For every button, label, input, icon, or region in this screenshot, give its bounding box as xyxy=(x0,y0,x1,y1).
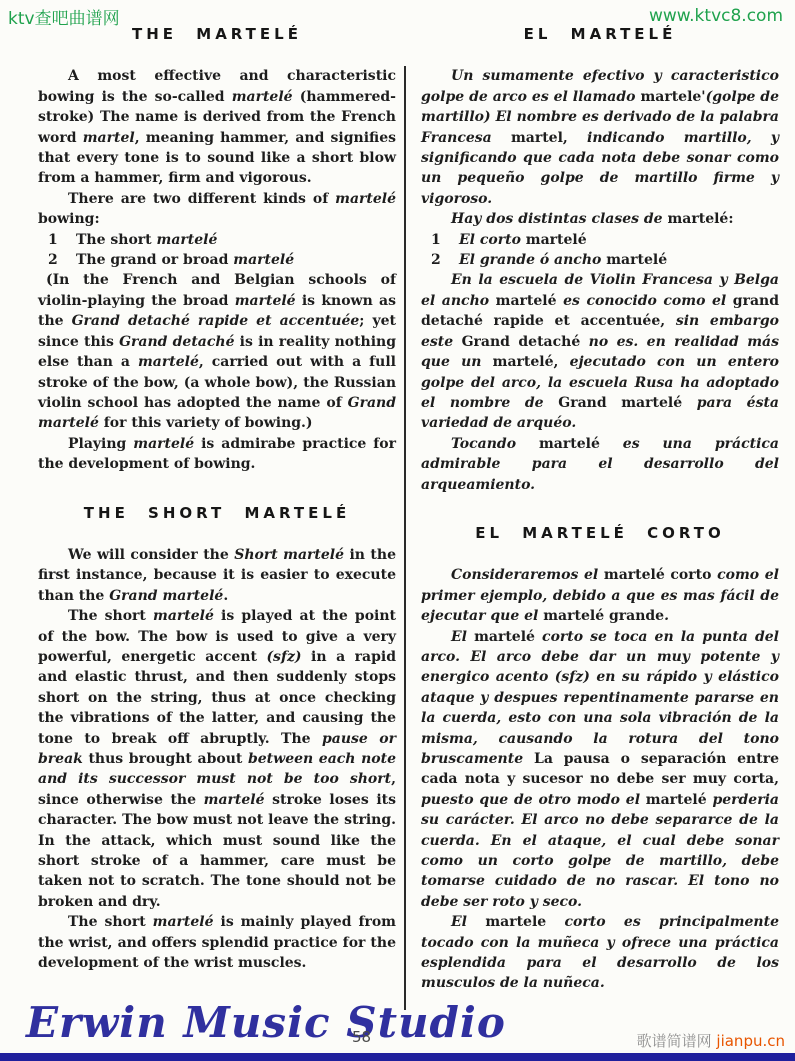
paragraph: A most effective and characteristic bowi… xyxy=(38,66,396,188)
roman-text: The short xyxy=(68,914,153,930)
italic-text: Tocando xyxy=(451,436,539,452)
paragraph: El martelé corto se toca en la punta del… xyxy=(421,627,779,913)
roman-text: martelé, xyxy=(493,354,559,370)
italic-text: martel xyxy=(83,130,135,146)
roman-text: The grand or broad xyxy=(76,252,233,268)
roman-text: Grand detaché xyxy=(462,334,581,350)
scanned-page: ktv查吧曲谱网 www.ktvc8.com THE MARTELÉA most… xyxy=(0,0,795,1061)
italic-text: martelé xyxy=(153,608,214,624)
paragraph: Consideraremos el martelé corto como el … xyxy=(421,565,779,626)
roman-text: We will consider the xyxy=(68,547,234,563)
italic-text: martelé xyxy=(232,89,293,105)
list-number: 2 xyxy=(48,250,76,270)
roman-text: martelé: xyxy=(667,211,733,227)
italic-text: martelé xyxy=(204,792,265,808)
spanish-column: EL MARTELÉUn sumamente efectivo y caract… xyxy=(421,24,779,994)
roman-text: . xyxy=(223,588,228,604)
italic-text: Consideraremos el xyxy=(451,567,604,583)
italic-text: El xyxy=(451,629,474,645)
roman-text: Grand martelé xyxy=(558,395,682,411)
italic-text: martelé xyxy=(157,232,218,248)
list-item: 1The short martelé xyxy=(38,230,396,250)
list-item: 1El corto martelé xyxy=(421,230,779,250)
list-text: The grand or broad martelé xyxy=(76,250,396,270)
section-heading: EL MARTELÉ xyxy=(421,24,779,44)
watermark-bottom-right: 歌谱简谱网 jianpu.cn xyxy=(637,1030,785,1051)
list-item: 2The grand or broad martelé xyxy=(38,250,396,270)
italic-text: martelé xyxy=(133,436,194,452)
italic-text: El xyxy=(451,914,485,930)
italic-text: es conocido como el xyxy=(557,293,733,309)
paragraph: Playing martelé is admirabe practice for… xyxy=(38,434,396,475)
paragraph: Un sumamente efectivo y caracteristico g… xyxy=(421,66,779,209)
signature-watermark: Erwin Music Studio xyxy=(26,998,506,1047)
italic-text: perderia su carácter. El arco no debe se… xyxy=(421,792,779,910)
watermark-top-right: www.ktvc8.com xyxy=(649,6,783,26)
paragraph: Tocando martelé es una práctica admirabl… xyxy=(421,434,779,495)
roman-text: martele' xyxy=(640,89,705,105)
roman-text: There are two different kinds of xyxy=(68,191,335,207)
list-number: 2 xyxy=(431,250,459,270)
site-name: 歌谱简谱网 xyxy=(637,1032,712,1050)
italic-text: . xyxy=(664,608,669,624)
roman-text: martel, xyxy=(511,130,568,146)
roman-text: Playing xyxy=(68,436,133,452)
roman-text: martelé xyxy=(606,252,667,268)
paragraph: (In the French and Belgian schools of vi… xyxy=(38,270,396,433)
paragraph: El martele corto es principalmente tocad… xyxy=(421,912,779,994)
italic-text: Grand detaché rapide et accentuée xyxy=(72,313,360,329)
roman-text: martelé corto xyxy=(604,567,712,583)
roman-text: martele xyxy=(485,914,546,930)
italic-text: martelé xyxy=(153,914,214,930)
italic-text: Grand martelé xyxy=(109,588,223,604)
paragraph: Hay dos distintas clases de martelé: xyxy=(421,209,779,229)
paragraph: The short martelé is played at the point… xyxy=(38,606,396,912)
roman-text: The short xyxy=(68,608,153,624)
roman-text: martelé xyxy=(646,792,707,808)
list-number: 1 xyxy=(431,230,459,250)
italic-text: martelé xyxy=(233,252,294,268)
bottom-border-bar xyxy=(0,1053,795,1061)
italic-text: puesto que de otro modo el xyxy=(421,792,646,808)
italic-text: Grand detaché xyxy=(119,334,234,350)
paragraph: There are two different kinds of martelé… xyxy=(38,189,396,230)
section-heading: THE SHORT MARTELÉ xyxy=(38,503,396,523)
list-text: El corto martelé xyxy=(459,230,779,250)
site-link: jianpu.cn xyxy=(716,1032,785,1050)
section-heading: THE MARTELÉ xyxy=(38,24,396,44)
roman-text: martelé xyxy=(474,629,535,645)
list-number: 1 xyxy=(48,230,76,250)
english-column: THE MARTELÉA most effective and characte… xyxy=(38,24,396,973)
italic-text: El grande ó ancho xyxy=(459,252,606,268)
italic-text: martelé xyxy=(335,191,396,207)
paragraph: The short martelé is mainly played from … xyxy=(38,912,396,973)
italic-text: (sfz) xyxy=(266,649,301,665)
roman-text: martelé xyxy=(496,293,557,309)
section-heading: EL MARTELÉ CORTO xyxy=(421,523,779,543)
roman-text: martelé xyxy=(539,436,600,452)
list-text: El grande ó ancho martelé xyxy=(459,250,779,270)
roman-text: stroke loses its character. The bow must… xyxy=(38,792,396,910)
column-divider xyxy=(404,66,406,1010)
list-item: 2El grande ó ancho martelé xyxy=(421,250,779,270)
italic-text: martelé xyxy=(138,354,199,370)
italic-text: Hay dos distintas clases de xyxy=(451,211,667,227)
italic-text: martelé xyxy=(235,293,296,309)
roman-text: martelé xyxy=(526,232,587,248)
paragraph: En la escuela de Violin Francesa y Belga… xyxy=(421,270,779,433)
list-text: The short martelé xyxy=(76,230,396,250)
paragraph: We will consider the Short martelé in th… xyxy=(38,545,396,606)
roman-text: bowing: xyxy=(38,211,100,227)
page-number: 58 xyxy=(352,1028,371,1046)
italic-text: Short martelé xyxy=(234,547,344,563)
roman-text: for this variety of bowing.) xyxy=(99,415,313,431)
roman-text: The short xyxy=(76,232,157,248)
roman-text: thus brought about xyxy=(83,751,248,767)
italic-text: corto se toca en la punta del arco. El a… xyxy=(421,629,779,767)
italic-text: El corto xyxy=(459,232,526,248)
roman-text: martelé grande xyxy=(543,608,664,624)
